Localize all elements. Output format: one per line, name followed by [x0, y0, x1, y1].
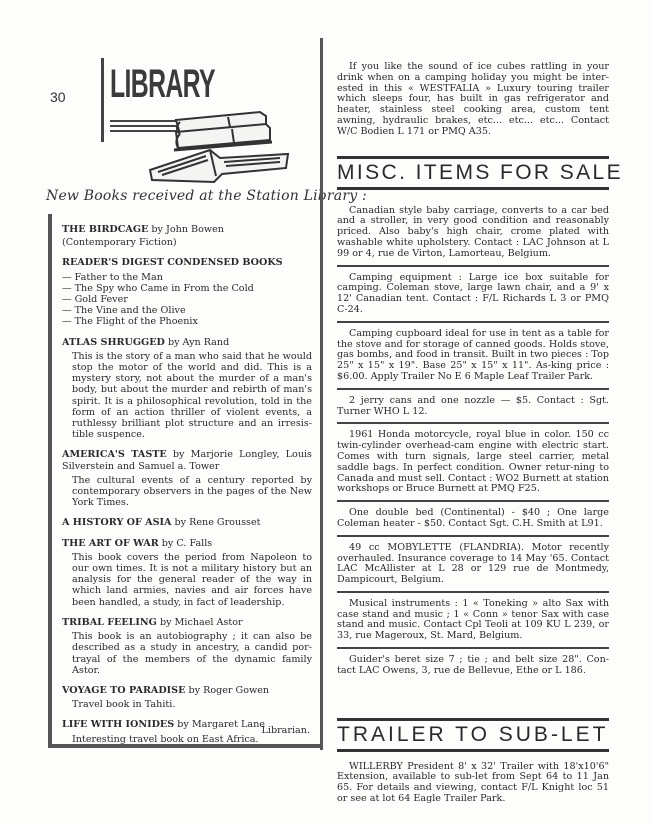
- book-description: This is the story of a man who said that…: [62, 351, 312, 441]
- library-subtitle: New Books received at the Station Librar…: [46, 188, 367, 204]
- classified-ad: 49 cc MOBYLETTE (FLANDRIA). Motor recent…: [337, 537, 609, 593]
- book-description: Interesting travel book on East Africa.: [62, 734, 312, 745]
- book-author: by Rene Grousset: [175, 517, 261, 528]
- book-author: by C. Falls: [162, 538, 213, 549]
- book-title: AMERICA'S TASTE: [62, 449, 167, 460]
- trailer-heading: TRAILER TO SUB-LET: [337, 718, 609, 752]
- classified-ad: Camping equipment : Large ice box suitab…: [337, 267, 609, 323]
- book-description: Travel book in Tahiti.: [62, 699, 312, 710]
- book-list: THE BIRDCAGE by John Bowen (Contemporary…: [62, 224, 312, 754]
- classified-ad: Guider's beret size 7 ; tie ; and belt s…: [337, 649, 609, 682]
- book-list-item: — The Vine and the Olive: [62, 305, 312, 316]
- book-entry: A HISTORY OF ASIA by Rene Grousset: [62, 517, 312, 528]
- book-entry: THE BIRDCAGE by John Bowen (Contemporary…: [62, 224, 312, 248]
- book-entry: READER'S DIGEST CONDENSED BOOKS — Father…: [62, 257, 312, 327]
- book-list-item: — The Spy who Came in From the Cold: [62, 283, 312, 294]
- classified-ad: 2 jerry cans and one nozzle — $5. Contac…: [337, 390, 609, 425]
- classified-ad: Canadian style baby carriage, converts t…: [337, 200, 609, 267]
- book-description: This book is an autobiography ; it can a…: [62, 631, 312, 676]
- book-entry: TRIBAL FEELING by Michael Astor This boo…: [62, 617, 312, 676]
- book-title: THE ART OF WAR: [62, 538, 159, 549]
- classifieds-column: If you like the sound of ice cubes rattl…: [337, 62, 609, 805]
- book-title: LIFE WITH IONIDES: [62, 719, 174, 730]
- book-title: ATLAS SHRUGGED: [62, 337, 165, 348]
- misc-items-heading: MISC. ITEMS FOR SALE: [337, 156, 609, 190]
- book-entry: ATLAS SHRUGGED by Ayn Rand This is the s…: [62, 337, 312, 441]
- book-title: A HISTORY OF ASIA: [62, 517, 171, 528]
- column-divider: [320, 38, 323, 750]
- book-title: TRIBAL FEELING: [62, 617, 157, 628]
- book-list-item: — The Flight of the Phoenix: [62, 316, 312, 327]
- book-title: THE BIRDCAGE: [62, 224, 148, 235]
- classified-ad: 1961 Honda motorcycle, royal blue in col…: [337, 424, 609, 502]
- classified-ad: One double bed (Continental) - $40 ; One…: [337, 502, 609, 537]
- library-title-bar: [101, 58, 104, 142]
- book-author: by Michael Astor: [160, 617, 243, 628]
- westfalia-ad: If you like the sound of ice cubes rattl…: [337, 62, 609, 138]
- books-illustration-icon: [140, 72, 300, 187]
- book-genre: (Contemporary Fiction): [62, 237, 312, 248]
- book-entry: THE ART OF WAR by C. Falls This book cov…: [62, 538, 312, 608]
- trailer-ad: WILLERBY President 8' x 32' Trailer with…: [337, 762, 609, 805]
- book-author: by Margaret Lane: [177, 719, 265, 730]
- book-list-item: — Gold Fever: [62, 294, 312, 305]
- book-entry: AMERICA'S TASTE by Marjorie Longley, Lou…: [62, 449, 312, 508]
- page-number: 30: [50, 89, 66, 105]
- book-list-item: — Father to the Man: [62, 272, 312, 283]
- book-title: READER'S DIGEST CONDENSED BOOKS: [62, 257, 283, 268]
- book-title: VOYAGE TO PARADISE: [62, 685, 185, 696]
- book-author: by Ayn Rand: [168, 337, 229, 348]
- book-description: The cultural events of a century reporte…: [62, 475, 312, 509]
- classified-ad: Camping cupboard ideal for use in tent a…: [337, 323, 609, 390]
- book-author: by John Bowen: [151, 224, 224, 235]
- book-entry: LIFE WITH IONIDES by Margaret Lane Inter…: [62, 719, 312, 744]
- book-author: by Roger Gowen: [188, 685, 269, 696]
- classified-ad: Musical instruments : 1 « Toneking » alt…: [337, 593, 609, 649]
- book-entry: VOYAGE TO PARADISE by Roger Gowen Travel…: [62, 685, 312, 710]
- book-description: This book covers the period from Napoleo…: [62, 552, 312, 608]
